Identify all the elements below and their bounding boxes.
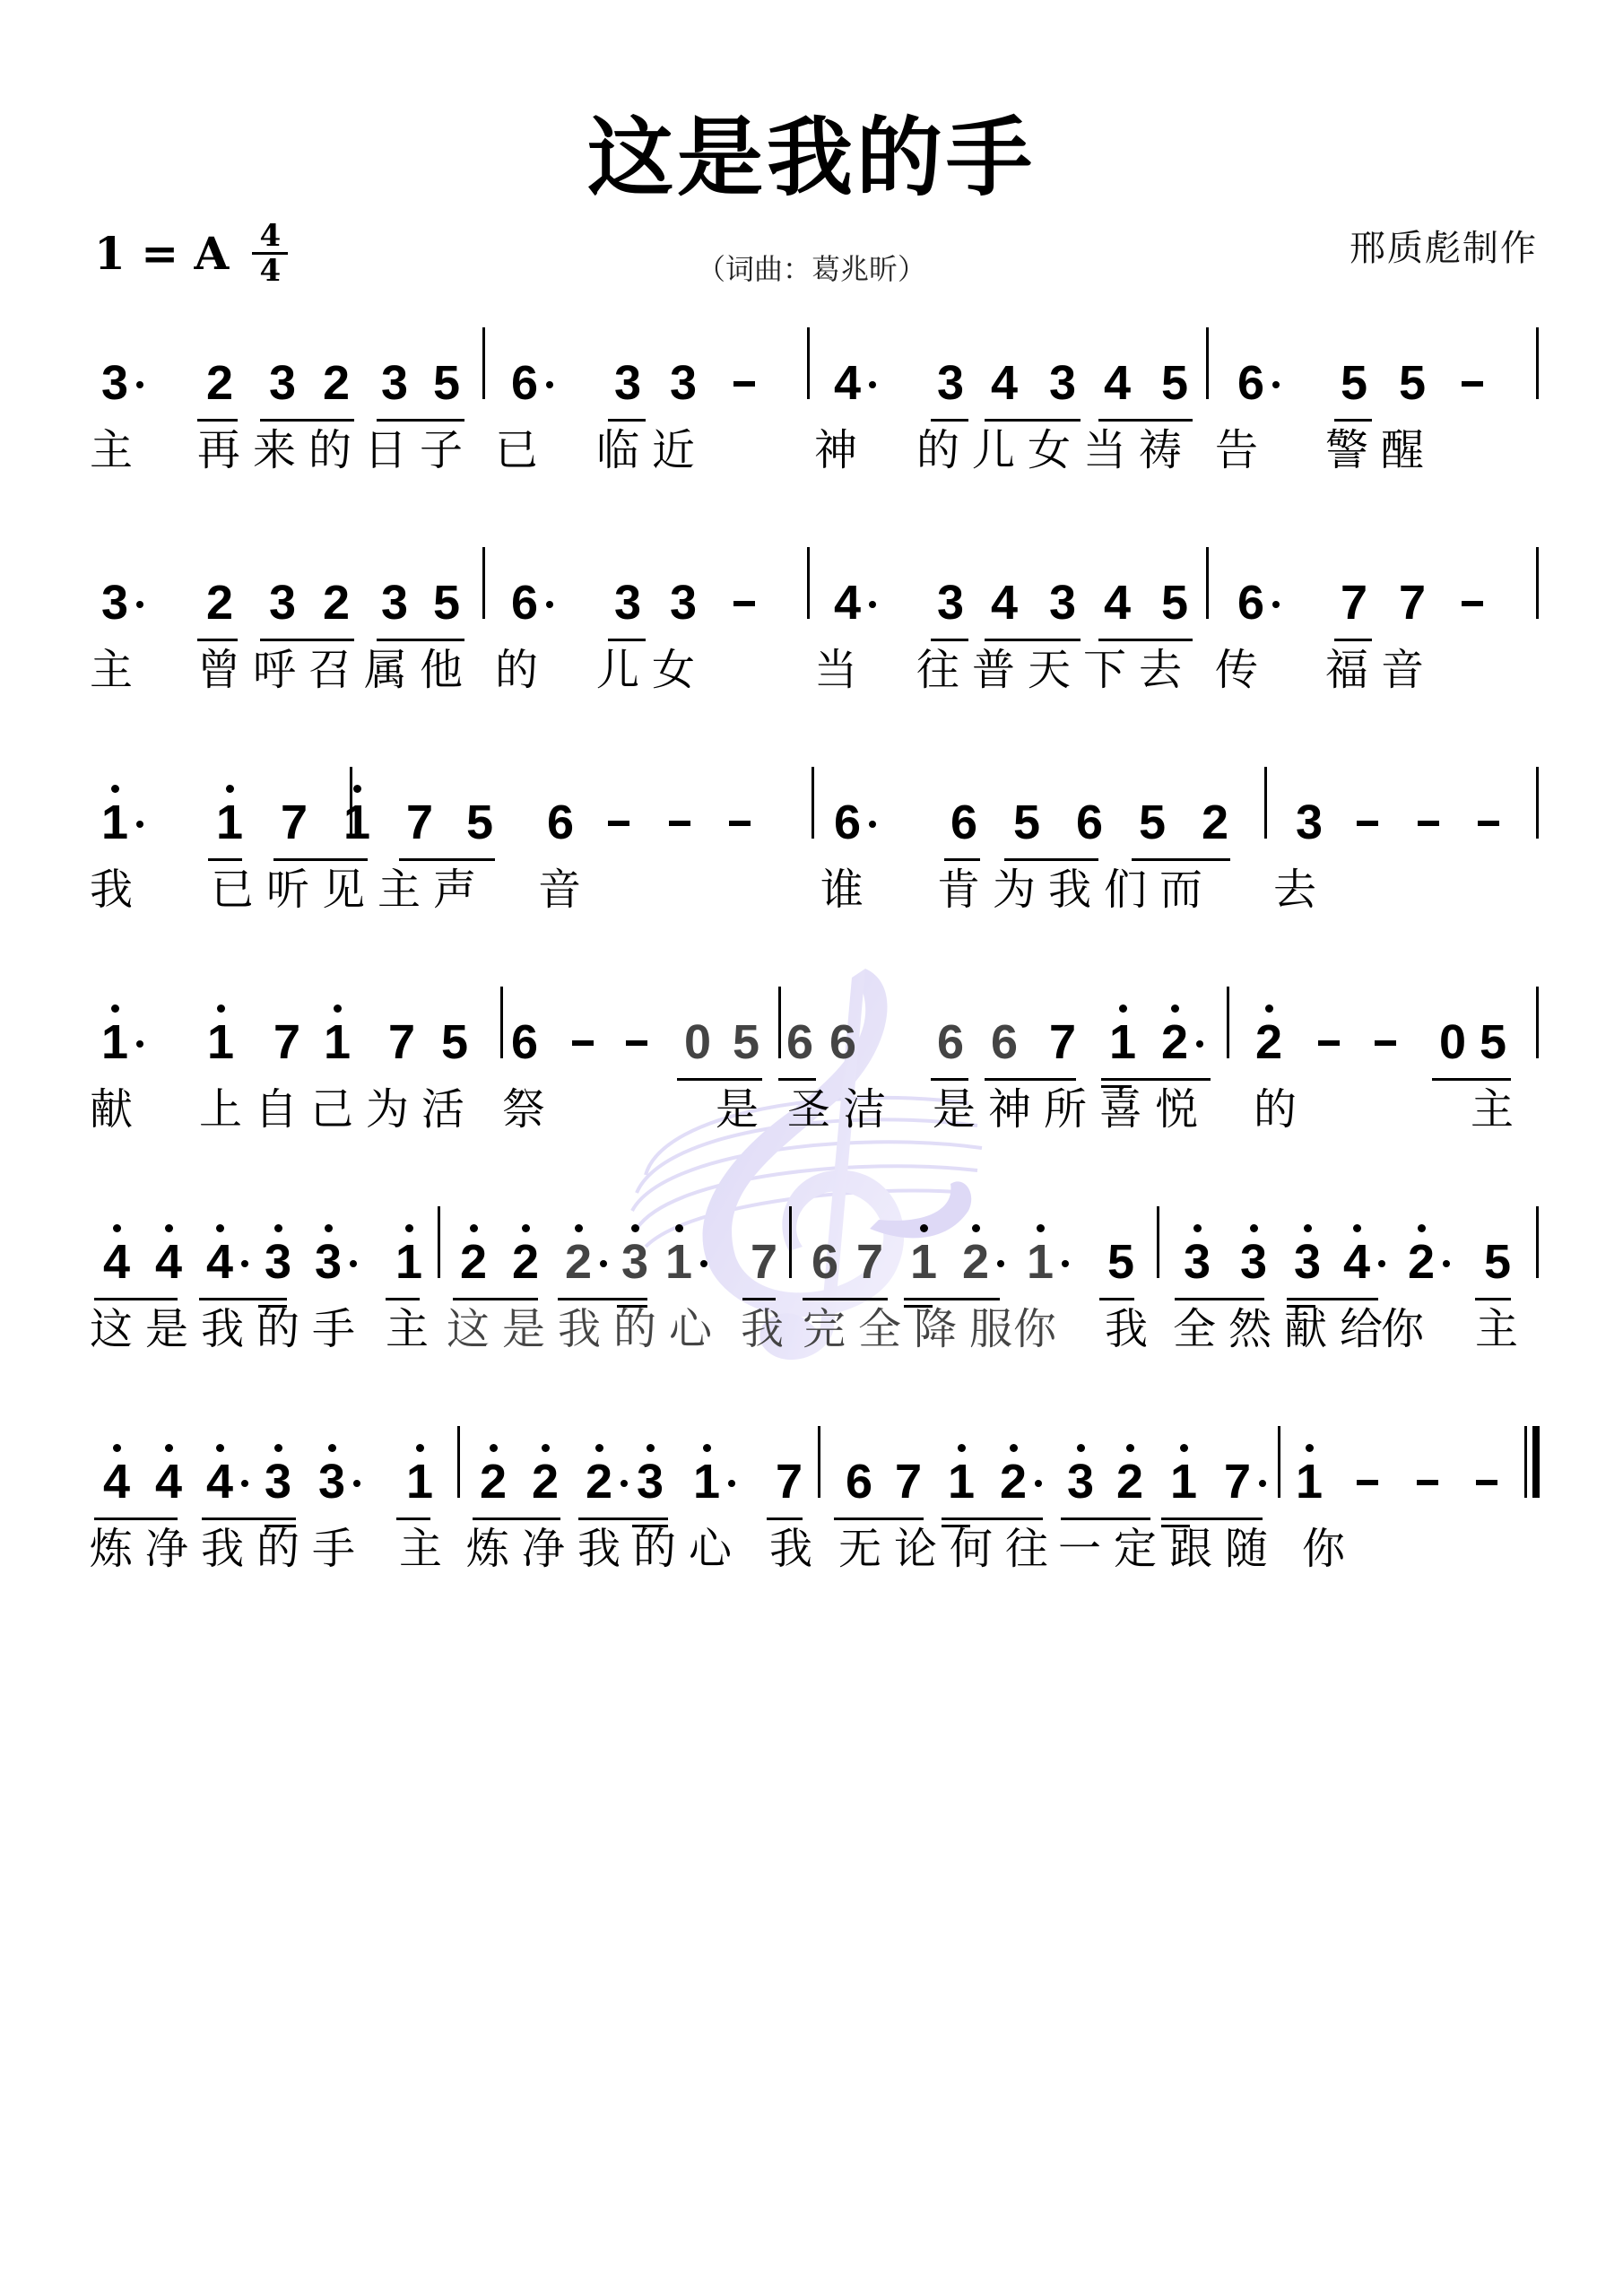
lyric-text: 全然献给: [1173, 1305, 1395, 1355]
octave-dot: [1010, 1444, 1018, 1452]
note-digit: 3: [1289, 1235, 1325, 1289]
bar-line: [1206, 547, 1209, 619]
octave-dot: [490, 1444, 498, 1452]
eighth-underline: [1161, 1518, 1263, 1520]
augmentation-dot: [1272, 381, 1280, 388]
note-digit: 4: [1099, 356, 1135, 410]
bar-line: [457, 1426, 460, 1498]
note-digit: 1: [1291, 1455, 1327, 1509]
score-line: 444331222317671215333425这是我的手主这是我的心我完全降服…: [0, 1215, 1623, 1395]
lyric-text: 完全降服: [803, 1305, 1025, 1355]
eighth-underline: [273, 858, 368, 861]
augmentation-dot: [869, 821, 876, 828]
note-digit: 0: [680, 1015, 716, 1069]
note-digit: 2: [475, 1455, 511, 1509]
note-digit: 1: [391, 1235, 427, 1289]
eighth-underline: [377, 419, 464, 422]
eighth-underline: [608, 639, 646, 641]
note-digit: 1: [339, 796, 375, 849]
octave-dot: [165, 1224, 173, 1232]
sustain-dash: [1367, 996, 1403, 1103]
note-digit: 3: [97, 576, 133, 630]
note-digit: 4: [151, 1455, 187, 1509]
dash-mark: [733, 381, 755, 387]
note-digit: 6: [1233, 356, 1269, 410]
bar-line: [807, 327, 810, 399]
lyric-text: 再来的日子: [197, 426, 475, 476]
note-digit: 1: [97, 1015, 133, 1069]
note-digit: 5: [1475, 1015, 1511, 1069]
note-digit: 7: [852, 1235, 888, 1289]
octave-dot: [325, 1224, 333, 1232]
lyric-text: 往普天下去: [916, 646, 1194, 696]
octave-dot: [353, 785, 361, 793]
lyric-text: 的儿女当祷: [916, 426, 1194, 476]
lyric-text: 无论何往: [838, 1525, 1061, 1575]
note-digit: 6: [782, 1015, 818, 1069]
note-digit: 2: [1251, 1015, 1287, 1069]
note-digit: 7: [746, 1235, 782, 1289]
note-digit: 4: [1339, 1235, 1375, 1289]
sustain-dash: [601, 776, 637, 883]
octave-dot: [1180, 1444, 1188, 1452]
note-digit: 7: [269, 1015, 305, 1069]
dash-mark: [1318, 1040, 1340, 1046]
octave-dot: [1077, 1444, 1085, 1452]
note-digit: 6: [841, 1455, 877, 1509]
octave-dot: [522, 1224, 530, 1232]
note-digit: 6: [986, 1015, 1022, 1069]
note-digit: 5: [1134, 796, 1170, 849]
note-digit: 1: [319, 1015, 355, 1069]
note-digit: 2: [202, 576, 238, 630]
lyric-text: 炼净我的心: [466, 1525, 744, 1575]
augmentation-dot: [728, 1480, 735, 1487]
eighth-underline: [985, 1078, 1076, 1081]
note-digit: 3: [610, 576, 646, 630]
sustain-dash: [1410, 1435, 1445, 1543]
note-digit: 1: [689, 1455, 725, 1509]
eighth-underline: [558, 1298, 647, 1300]
note-digit: 6: [825, 1015, 861, 1069]
octave-dot: [113, 1444, 121, 1452]
sustain-dash: [1471, 776, 1506, 883]
bar-line: [438, 1206, 440, 1278]
sustain-dash: [726, 336, 762, 444]
lyric-text: 主: [399, 1525, 455, 1575]
eighth-underline: [778, 1078, 816, 1081]
eighth-underline: [578, 1518, 668, 1520]
lyric-text: 这是我的手: [90, 1305, 368, 1355]
note-digit: 5: [462, 796, 498, 849]
bar-line: [1206, 327, 1209, 399]
augmentation-dot: [997, 1260, 1004, 1267]
eighth-underline: [1099, 1298, 1134, 1300]
note-digit: 5: [429, 356, 464, 410]
octave-dot: [111, 1004, 119, 1013]
note-digit: 4: [986, 356, 1022, 410]
eighth-underline: [1061, 1518, 1150, 1520]
augmentation-dot: [621, 1480, 628, 1487]
note-digit: 3: [265, 356, 300, 410]
bar-line: [1157, 1206, 1159, 1278]
note-digit: 3: [1045, 356, 1081, 410]
dash-mark: [1417, 1480, 1438, 1485]
eighth-underline: [742, 1298, 776, 1300]
augmentation-dot: [353, 1480, 360, 1487]
augmentation-dot: [1443, 1260, 1450, 1267]
note-digit: 5: [429, 576, 464, 630]
lyric-text: 圣洁: [787, 1085, 898, 1135]
octave-dot: [216, 1224, 224, 1232]
eighth-underline: [931, 419, 968, 422]
eighth-underline: [399, 858, 495, 861]
note-digit: 7: [384, 1015, 420, 1069]
note-digit: 4: [986, 576, 1022, 630]
octave-dot: [631, 1224, 639, 1232]
note-digit: 3: [1179, 1235, 1215, 1289]
eighth-underline: [608, 419, 646, 422]
octave-dot: [1304, 1224, 1312, 1232]
octave-dot: [274, 1224, 282, 1232]
eighth-underline: [396, 1518, 430, 1520]
note-digit: 3: [933, 576, 968, 630]
note-digit: 3: [1236, 1235, 1271, 1289]
lyric-text: 警醒: [1325, 426, 1436, 476]
eighth-underline: [386, 1298, 420, 1300]
eighth-underline: [767, 1518, 803, 1520]
lyric-text: 你: [1381, 1305, 1436, 1355]
song-title: 这是我的手: [0, 90, 1623, 213]
sustain-dash: [1454, 336, 1490, 444]
note-digit: 5: [1480, 1235, 1515, 1289]
eighth-underline: [260, 639, 354, 641]
note-digit: 3: [1291, 796, 1327, 849]
sustain-dash: [662, 776, 698, 883]
octave-dot: [542, 1444, 550, 1452]
sustain-dash: [1311, 996, 1347, 1103]
lyric-text: 当: [814, 646, 870, 696]
note-digit: 5: [1336, 356, 1372, 410]
dash-mark: [669, 821, 690, 826]
eighth-underline: [677, 1078, 762, 1081]
augmentation-dot: [136, 601, 143, 608]
dash-mark: [626, 1040, 647, 1046]
note-digit: 7: [1394, 576, 1430, 630]
bar-line: [807, 547, 810, 619]
note-digit: 1: [203, 1015, 239, 1069]
augmentation-dot: [350, 1260, 357, 1267]
note-digit: 7: [402, 796, 438, 849]
note-digit: 7: [1336, 576, 1372, 630]
eighth-underline: [834, 1518, 924, 1520]
arranger-credit: 邢质彪制作: [1350, 220, 1538, 271]
dash-mark: [733, 601, 755, 606]
note-digit: 2: [1403, 1235, 1439, 1289]
lyric-text: 的: [1254, 1085, 1309, 1135]
note-digit: 5: [728, 1015, 764, 1069]
note-digit: 6: [507, 576, 542, 630]
lyric-text: 炼净我的手: [90, 1525, 368, 1575]
note-digit: 1: [402, 1455, 438, 1509]
augmentation-dot: [136, 381, 143, 388]
eighth-underline: [803, 1298, 888, 1300]
octave-dot: [1171, 1004, 1179, 1013]
note-digit: 2: [1157, 1015, 1193, 1069]
augmentation-dot: [1259, 1480, 1266, 1487]
augmentation-dot: [700, 1260, 707, 1267]
augmentation-dot: [869, 601, 876, 608]
note-digit: 2: [581, 1455, 617, 1509]
octave-dot: [575, 1224, 583, 1232]
note-digit: 7: [1219, 1455, 1255, 1509]
eighth-underline: [473, 1518, 560, 1520]
note-digit: 2: [202, 356, 238, 410]
note-digit: 2: [318, 356, 354, 410]
eighth-underline: [931, 1078, 968, 1081]
bar-line: [1536, 547, 1539, 619]
note-digit: 2: [958, 1235, 994, 1289]
note-digit: 6: [507, 1015, 542, 1069]
note-digit: 3: [617, 1235, 653, 1289]
octave-dot: [675, 1224, 683, 1232]
eighth-underline: [94, 1518, 178, 1520]
eighth-underline: [985, 419, 1081, 422]
augmentation-dot: [1272, 601, 1280, 608]
dash-mark: [1418, 821, 1439, 826]
note-digit: 6: [542, 796, 578, 849]
note-digit: 3: [314, 1455, 350, 1509]
note-digit: 5: [437, 1015, 473, 1069]
note-digit: 2: [508, 1235, 543, 1289]
octave-dot: [1119, 1004, 1127, 1013]
note-digit: 4: [829, 576, 865, 630]
note-digit: 3: [1045, 576, 1081, 630]
eighth-underline: [197, 419, 238, 422]
octave-dot: [1265, 1004, 1273, 1013]
note-digit: 3: [310, 1235, 346, 1289]
bar-line: [1264, 767, 1267, 839]
dash-mark: [1476, 1480, 1497, 1485]
lyric-text: 谁: [820, 865, 876, 916]
eighth-underline: [260, 419, 354, 422]
note-digit: 2: [527, 1455, 563, 1509]
lyric-text: 我: [90, 865, 145, 916]
note-digit: 1: [212, 796, 247, 849]
dash-mark: [572, 1040, 594, 1046]
note-digit: 4: [829, 356, 865, 410]
eighth-underline: [1175, 1298, 1264, 1300]
octave-dot: [226, 785, 234, 793]
sustain-dash: [1410, 776, 1446, 883]
octave-dot: [416, 1444, 424, 1452]
lyric-text: 曾呼召属他: [197, 646, 475, 696]
note-digit: 2: [318, 576, 354, 630]
eighth-underline: [1101, 1078, 1211, 1081]
lyric-text: 已: [495, 426, 551, 476]
note-digit: 3: [260, 1455, 296, 1509]
lyric-text: 我: [1105, 1305, 1160, 1355]
score-line: 444331222317671232171炼净我的手主炼净我的心我无论何往一定跟…: [0, 1435, 1623, 1614]
eighth-underline: [1098, 419, 1193, 422]
note-digit: 2: [560, 1235, 596, 1289]
lyric-text: 主: [90, 426, 145, 476]
octave-dot: [334, 1004, 342, 1013]
augmentation-dot: [600, 1260, 607, 1267]
octave-dot: [328, 1444, 336, 1452]
note-digit: 6: [807, 1235, 843, 1289]
lyric-text: 我: [769, 1525, 825, 1575]
eighth-underline: [1475, 1298, 1511, 1300]
eighth-underline: [931, 639, 968, 641]
octave-dot: [216, 1444, 224, 1452]
note-digit: 5: [1009, 796, 1045, 849]
eighth-underline: [1334, 639, 1372, 641]
dash-mark: [1375, 1040, 1396, 1046]
bar-line: [1278, 1426, 1280, 1498]
bar-line: [778, 987, 781, 1058]
octave-dot: [703, 1444, 711, 1452]
lyric-text: 已听见主声: [211, 865, 489, 916]
bar-line: [789, 1206, 792, 1278]
note-digit: 3: [265, 576, 300, 630]
eighth-underline: [985, 639, 1081, 641]
lyric-text: 主: [1475, 1305, 1531, 1355]
note-digit: 7: [771, 1455, 807, 1509]
eighth-underline: [1132, 858, 1230, 861]
lyric-text: 主: [90, 646, 145, 696]
note-digit: 1: [1105, 1015, 1141, 1069]
octave-dot: [1193, 1224, 1202, 1232]
augmentation-dot: [546, 381, 553, 388]
note-digit: 1: [97, 796, 133, 849]
lyric-text: 上自己为活: [199, 1085, 477, 1135]
eighth-underline: [1004, 858, 1098, 861]
lyric-text: 传: [1215, 646, 1271, 696]
lyric-text: 一定跟随: [1058, 1525, 1280, 1575]
lyric-text: 肯为我们而: [937, 865, 1215, 916]
augmentation-dot: [1035, 1480, 1042, 1487]
note: 0: [1435, 996, 1471, 1103]
note-digit: 1: [661, 1235, 697, 1289]
dash-mark: [1462, 381, 1483, 387]
octave-dot: [595, 1444, 603, 1452]
note-digit: 3: [377, 356, 412, 410]
lyric-text: 神: [814, 426, 870, 476]
dash-mark: [1357, 1480, 1378, 1485]
octave-dot: [405, 1224, 413, 1232]
note-digit: 2: [995, 1455, 1031, 1509]
eighth-underline: [453, 1298, 538, 1300]
eighth-underline: [208, 858, 242, 861]
augmentation-dot: [869, 381, 876, 388]
octave-dot: [274, 1444, 282, 1452]
note-digit: 0: [1435, 1015, 1471, 1069]
note-digit: 4: [202, 1455, 238, 1509]
note-digit: 6: [946, 796, 982, 849]
augmentation-dot: [1196, 1040, 1203, 1048]
note-digit: 3: [665, 576, 701, 630]
note-digit: 3: [933, 356, 968, 410]
augmentation-dot: [241, 1260, 248, 1267]
eighth-underline: [944, 858, 980, 861]
octave-dot: [1418, 1224, 1426, 1232]
note-digit: 7: [1045, 1015, 1081, 1069]
score-line: 323235633434345655主再来的日子已临近神的儿女当祷告警醒: [0, 336, 1623, 516]
note-digit: 3: [260, 1235, 296, 1289]
octave-dot: [958, 1444, 966, 1452]
eighth-underline: [1287, 1298, 1378, 1300]
augmentation-dot: [1378, 1260, 1385, 1267]
note-digit: 3: [610, 356, 646, 410]
bar-line: [1536, 987, 1539, 1058]
bar-line: [1536, 767, 1539, 839]
lyric-text: 是: [716, 1085, 771, 1135]
note-digit: 3: [377, 576, 412, 630]
bar-line: [350, 767, 352, 839]
dash-mark: [608, 821, 629, 826]
lyric-text: 的: [495, 646, 551, 696]
lyric-text: 这是我的心: [447, 1305, 725, 1355]
final-bar-thin: [1524, 1426, 1527, 1498]
note-digit: 3: [1063, 1455, 1098, 1509]
octave-dot: [647, 1444, 655, 1452]
lyric-text: 音: [538, 865, 594, 916]
sustain-dash: [722, 776, 758, 883]
score-line: 323235633434345677主曾呼召属他的儿女当往普天下去传福音: [0, 556, 1623, 735]
note-digit: 5: [1103, 1235, 1139, 1289]
bar-line: [1536, 327, 1539, 399]
eighth-underline: [202, 1518, 296, 1520]
octave-dot: [972, 1224, 980, 1232]
lyric-text: 是神所喜悦: [933, 1085, 1211, 1135]
lyric-text: 我: [741, 1305, 796, 1355]
score-line: 1171756056666712205献上自己为活祭是圣洁是神所喜悦的主: [0, 996, 1623, 1175]
augmentation-dot: [136, 821, 143, 828]
note-digit: 3: [97, 356, 133, 410]
lyric-text: 告: [1215, 426, 1271, 476]
bar-line: [500, 987, 503, 1058]
bar-line: [1227, 987, 1229, 1058]
lyric-text: 献: [90, 1085, 145, 1135]
octave-dot: [165, 1444, 173, 1452]
augmentation-dot: [136, 1040, 143, 1048]
sustain-dash: [619, 996, 655, 1103]
note-digit: 7: [276, 796, 312, 849]
note-digit: 2: [1112, 1455, 1148, 1509]
octave-dot: [217, 1004, 225, 1013]
augmentation-dot: [241, 1480, 248, 1487]
eighth-underline: [1334, 419, 1372, 422]
octave-dot: [111, 785, 119, 793]
note-digit: 6: [1233, 576, 1269, 630]
lyric-text: 祭: [502, 1085, 558, 1135]
sustain-dash: [1469, 1435, 1505, 1543]
bar-line: [1536, 1206, 1539, 1278]
octave-dot: [1353, 1224, 1361, 1232]
sustain-dash: [1454, 556, 1490, 664]
note-digit: 4: [151, 1235, 187, 1289]
octave-dot: [1250, 1224, 1258, 1232]
lyric-text: 儿女: [596, 646, 707, 696]
augmentation-dot: [1062, 1260, 1069, 1267]
note-digit: 4: [99, 1235, 135, 1289]
lyric-text: 临近: [596, 426, 707, 476]
eighth-underline: [1098, 639, 1193, 641]
bar-line: [482, 327, 485, 399]
note-digit: 6: [933, 1015, 968, 1069]
note-digit: 1: [906, 1235, 942, 1289]
